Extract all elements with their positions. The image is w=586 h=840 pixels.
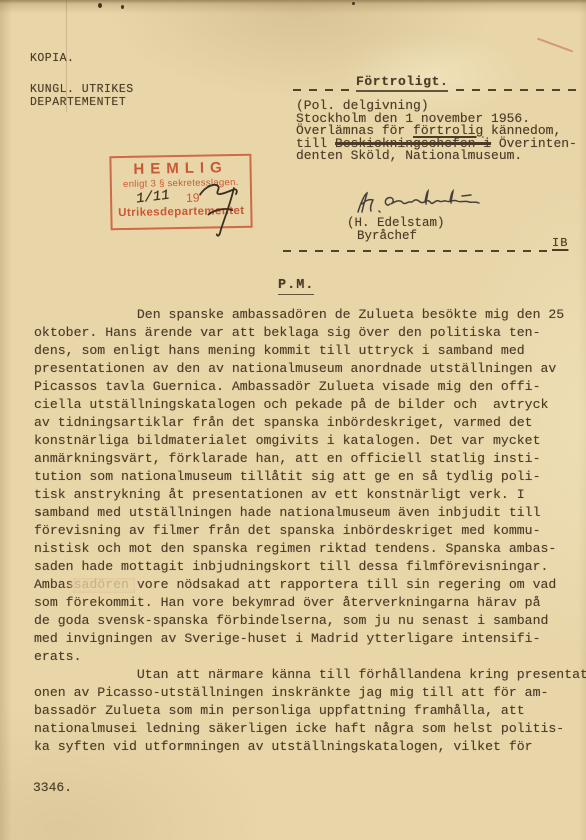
classification-title: Förtroligt.	[356, 74, 448, 92]
document-number: 3346.	[33, 780, 72, 795]
handwritten-date: 1/11	[135, 188, 170, 208]
faded-ink-area	[73, 578, 135, 593]
memo-paragraph-2: Utan att närmare känna till förhållanden…	[34, 666, 574, 756]
memo-body: Den spanske ambassadören de Zulueta besö…	[34, 306, 574, 756]
memo-paragraph-1: Den spanske ambassadören de Zulueta besö…	[34, 306, 574, 666]
recipient-line2: denten Sköld, Nationalmuseum.	[296, 150, 577, 163]
paper-speck	[121, 5, 124, 9]
ministry-name-line1: KUNGL. UTRIKES	[30, 83, 134, 96]
paper-speck	[98, 3, 102, 8]
red-pencil-mark	[537, 38, 573, 53]
scanned-memo-page: KOPIA. KUNGL. UTRIKES DEPARTEMENTET Fört…	[0, 0, 586, 840]
memo-heading: P.M.	[278, 278, 314, 295]
secrecy-stamp: HEMLIG enligt 3 § sekretesslagen. 1/11 1…	[109, 154, 252, 230]
signature-title: Byråchef	[357, 229, 417, 243]
ministry-name-line2: DEPARTEMENTET	[30, 96, 134, 109]
dashed-rule	[283, 250, 547, 252]
typed-signature-name: (H. Edelstam)	[347, 216, 445, 230]
delivery-note: (Pol. delgivning) Stockholm den 1 novemb…	[296, 100, 577, 163]
dashed-rule	[293, 89, 351, 91]
handwritten-signature	[352, 188, 487, 218]
registry-initials: IB	[552, 236, 568, 250]
copy-label: KOPIA.	[30, 52, 134, 65]
paper-speck	[352, 2, 355, 5]
dashed-rule	[456, 89, 582, 91]
stamp-hemlig-label: HEMLIG	[111, 159, 249, 178]
document-header-left: KOPIA. KUNGL. UTRIKES DEPARTEMENTET	[30, 52, 134, 109]
handwritten-scrawl	[194, 178, 257, 243]
